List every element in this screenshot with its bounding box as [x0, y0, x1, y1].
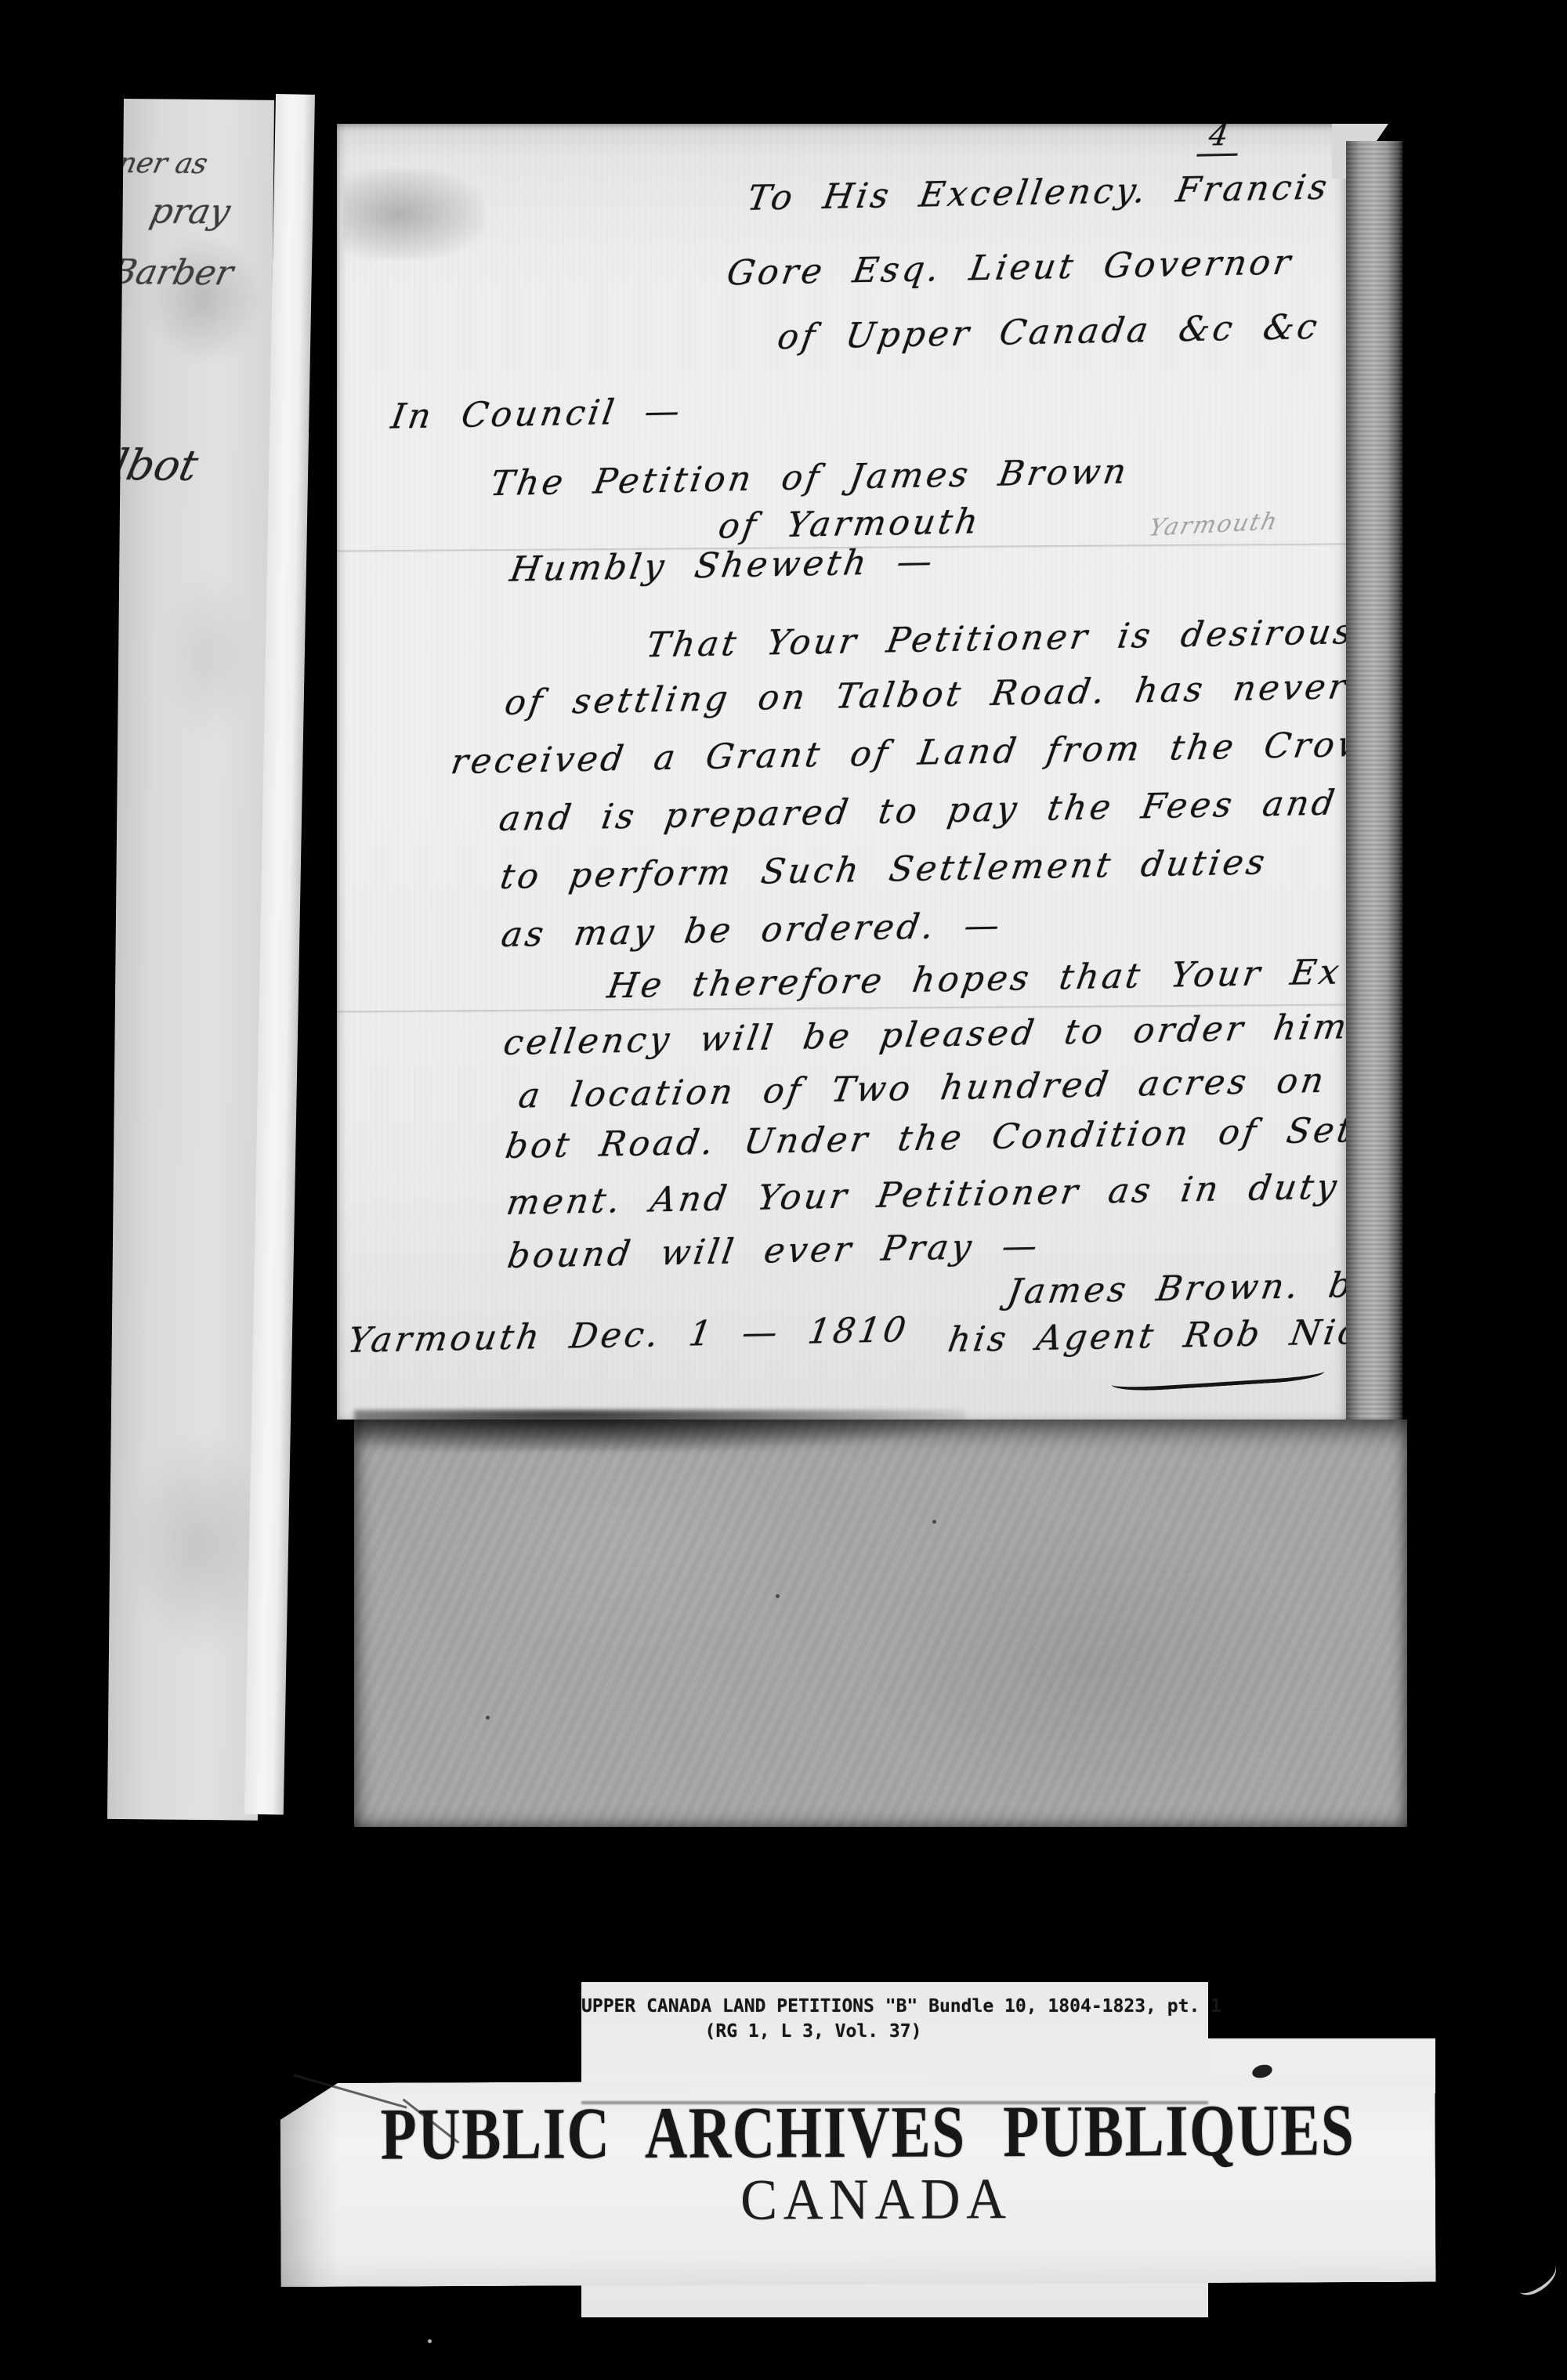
body-line: bot Road. Under the Condition of Settle — [503, 1109, 1346, 1166]
signature-line: James Brown. by — [1004, 1265, 1346, 1312]
salutation-line: Gore Esq. Lieut Governor — [724, 242, 1296, 293]
petition-title-2: of Yarmouth — [715, 501, 983, 547]
sheweth-line: Humbly Sheweth — — [507, 541, 938, 590]
body-line: bound will ever Pray — — [505, 1226, 1043, 1276]
body-line: received a Grant of Land from the Crown — [448, 724, 1346, 782]
handwriting-fragment: ner as — [115, 147, 211, 180]
page-bottom-shadow — [354, 1410, 965, 1451]
salutation-line: To His Excellency. Francis — [744, 167, 1333, 218]
body-line: ment. And Your Petitioner as in duty — [504, 1166, 1342, 1223]
body-line: cellency will be pleased to order him — [501, 1007, 1346, 1063]
pencil-annotation: Yarmouth — [1146, 508, 1281, 542]
archives-banner-subtitle: CANADA — [716, 2166, 1037, 2234]
signature-flourish — [1111, 1363, 1325, 1393]
label-banner-seam — [581, 2101, 1208, 2104]
archive-label-line-2: (RG 1, L 3, Vol. 37) — [581, 2021, 1208, 2042]
handwriting-fragment: lbot — [109, 440, 203, 490]
backing-card — [354, 1420, 1407, 1827]
speck — [776, 1594, 780, 1598]
body-line: a location of Two hundred acres on Tal — [516, 1059, 1346, 1116]
archive-label-line-1: UPPER CANADA LAND PETITIONS "B" Bundle 1… — [581, 1996, 1208, 2016]
body-line: He therefore hopes that Your Ex — [605, 952, 1345, 1006]
handwriting-fragment: pray — [147, 191, 234, 232]
body-line: to perform Such Settlement duties — [498, 842, 1271, 897]
paper-stain — [161, 570, 256, 743]
page-number: 4 — [1196, 124, 1243, 157]
speck — [486, 1716, 490, 1720]
place-date-line: Yarmouth Dec. 1 — 1810 — [345, 1310, 911, 1361]
council-line: In Council — — [389, 391, 686, 436]
body-line: of settling on Talbot Road. has never — [502, 667, 1346, 723]
handwriting-fragment: Barber — [107, 252, 237, 293]
petition-title: The Petition of James Brown — [487, 451, 1131, 504]
body-line: as may be ordered. — — [498, 906, 1005, 955]
archives-banner: PUBLIC ARCHIVES PUBLIQUES CANADA — [280, 2078, 1435, 2287]
film-speck — [428, 2339, 432, 2343]
book-page-edges — [1346, 141, 1402, 1421]
signature-line: his Agent Rob Nichol — [945, 1311, 1346, 1360]
body-line: That Your Petitioner is desirous — [643, 612, 1346, 666]
petition-page: 4 To His Excellency. Francis Gore Esq. L… — [337, 124, 1346, 1420]
salutation-line: of Upper Canada &c &c — [775, 307, 1323, 357]
handwriting-layer: 4 To His Excellency. Francis Gore Esq. L… — [337, 124, 1346, 1420]
film-scratch — [1512, 2257, 1562, 2300]
speck — [932, 1520, 936, 1524]
body-line: and is prepared to pay the Fees and — [497, 783, 1341, 839]
